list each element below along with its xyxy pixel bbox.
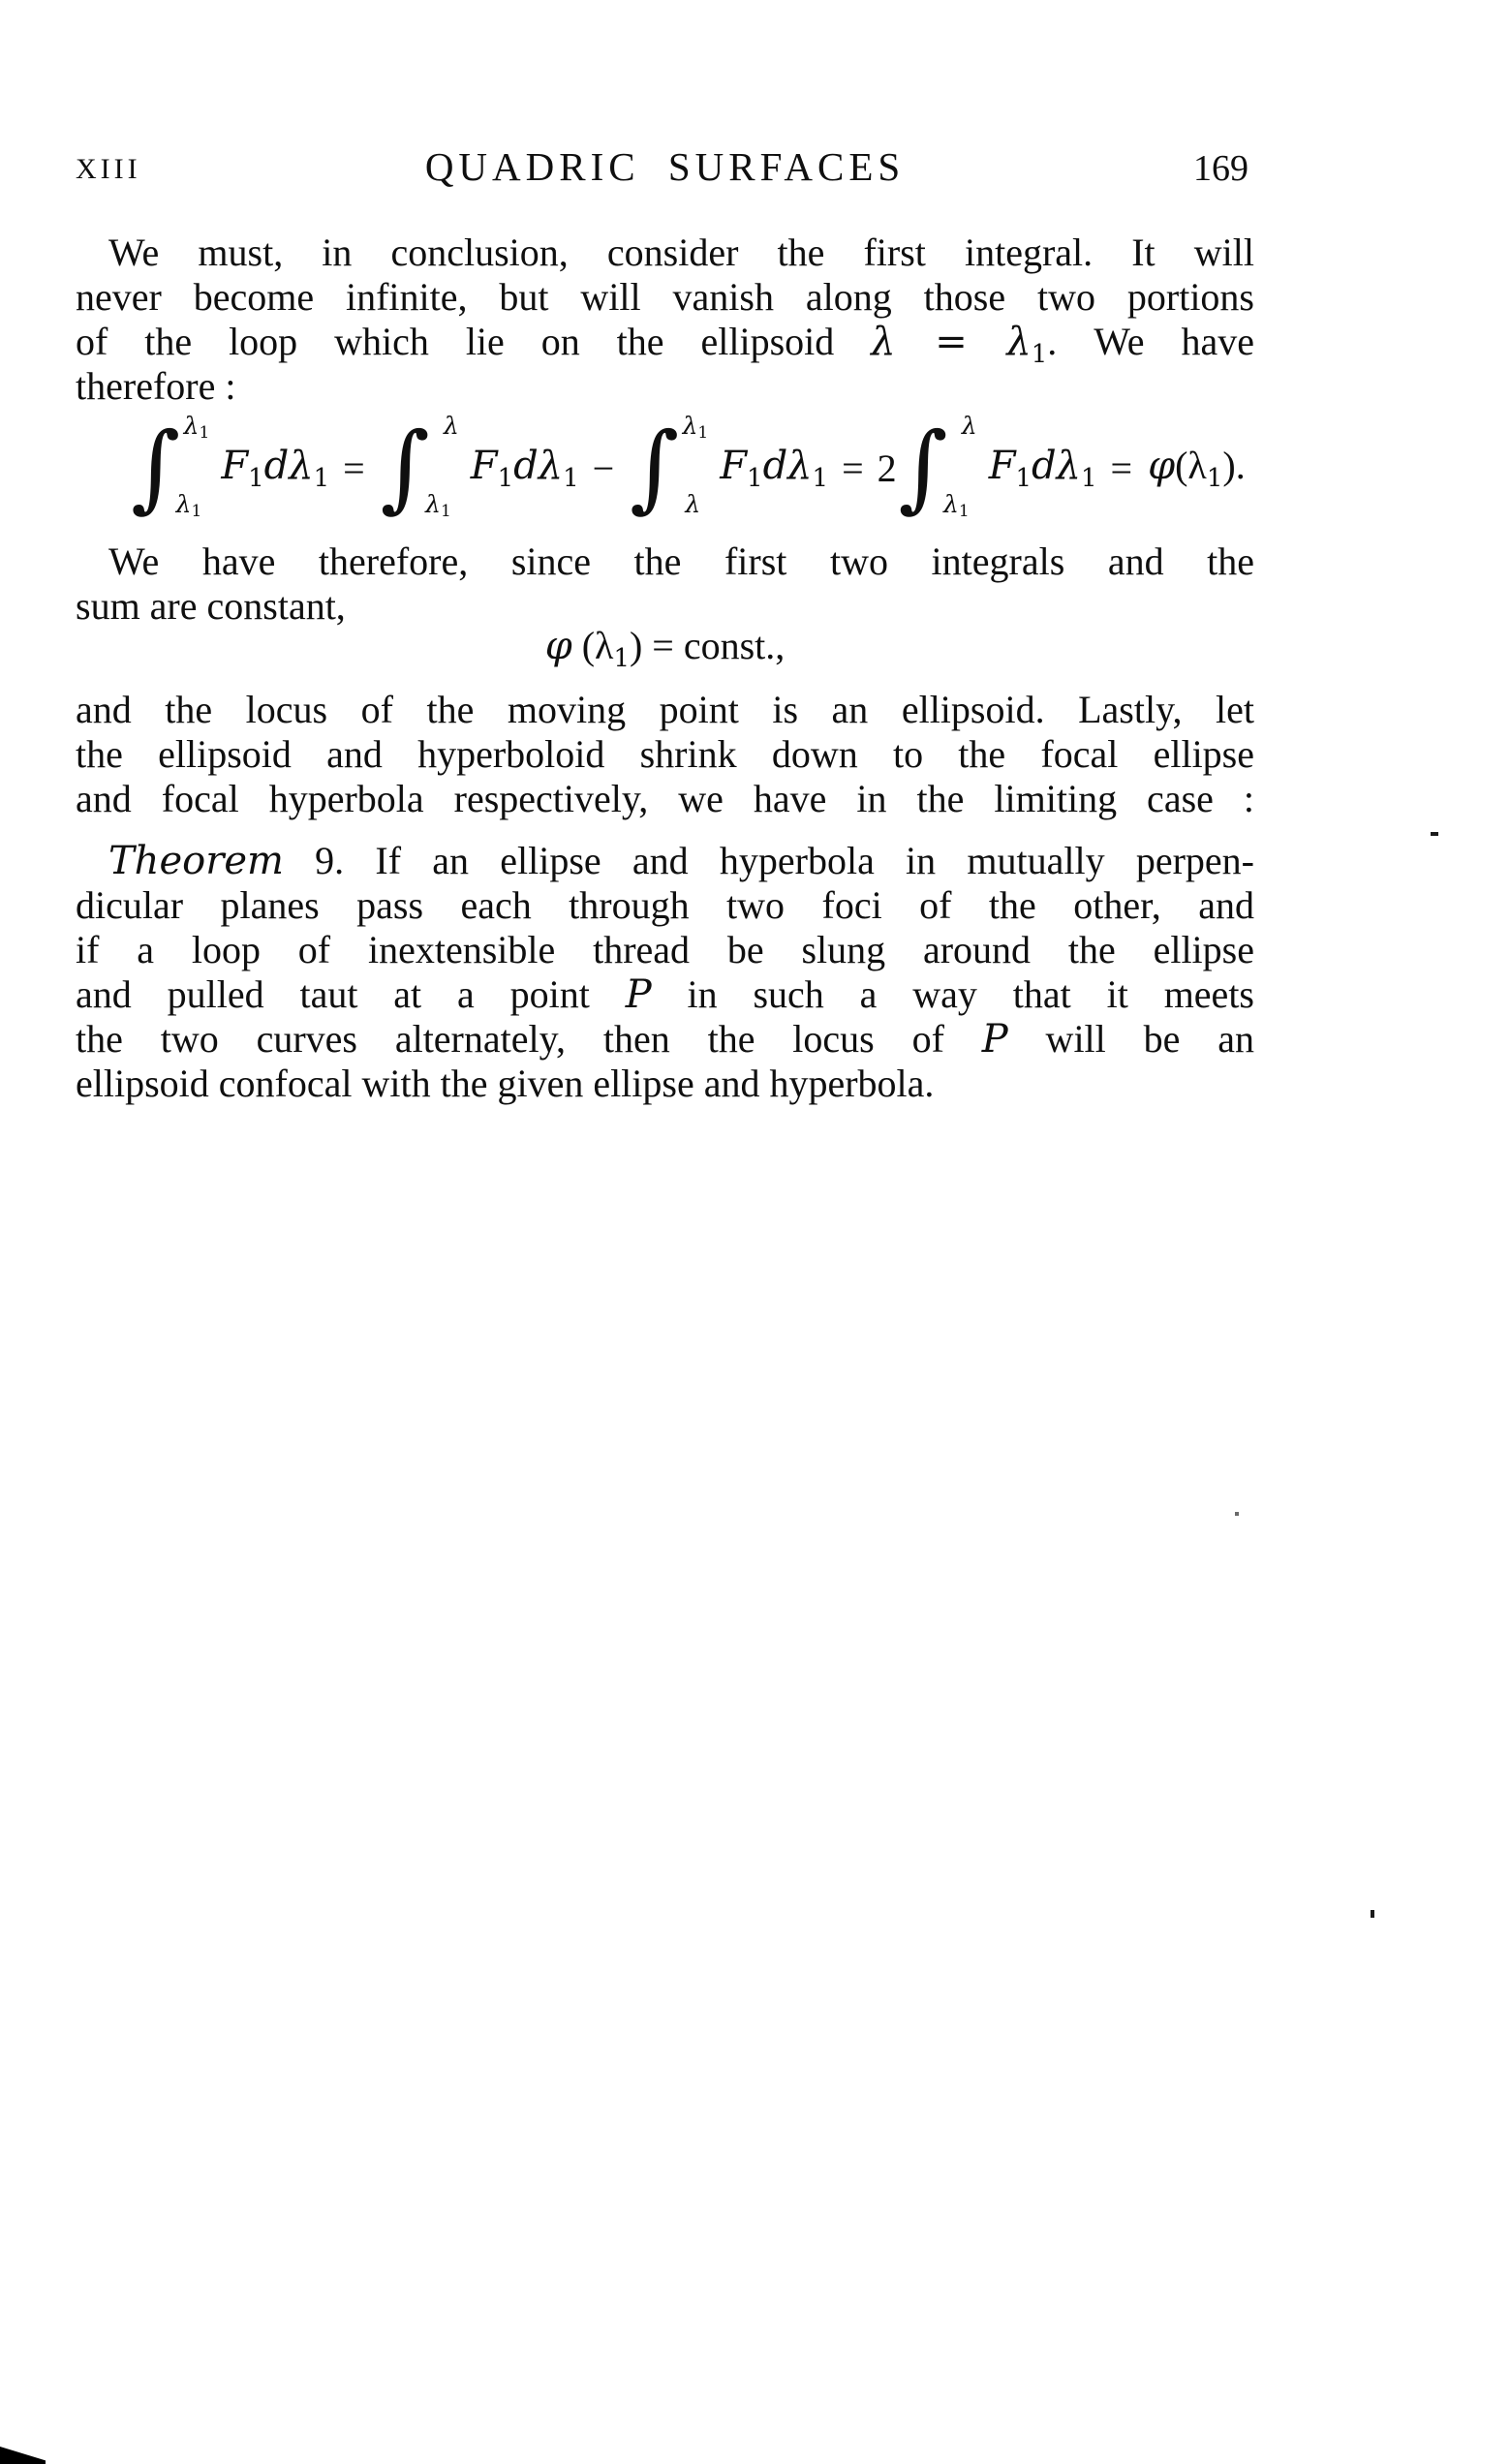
integrand: F1dλ1 <box>989 443 1097 493</box>
integral-term-2: ∫ λ λ1 F1dλ1 <box>379 417 579 518</box>
para1-line3-text: of the loop which lie on the ellipsoid <box>76 320 871 363</box>
theorem-line1-text: 9. If an ellipse and hyperbola in mutual… <box>284 839 1254 882</box>
para3-line2: the ellipsoid and hyperboloid shrink dow… <box>76 732 1254 777</box>
paragraph-1: We must, in conclusion, consider the fir… <box>76 231 1254 409</box>
integral-sign: ∫ <box>381 417 430 518</box>
result-close: ). <box>1222 444 1245 487</box>
para1-line1: We must, in conclusion, consider the fir… <box>76 231 1254 275</box>
lower-limit: λ <box>685 492 700 520</box>
integrand-dlambda: dλ <box>1032 444 1081 488</box>
const-subscript: 1 <box>613 644 630 673</box>
paragraph-2: We have therefore, since the first two i… <box>76 539 1254 629</box>
para1-line3: of the loop which lie on the ellipsoid λ… <box>76 320 1254 364</box>
displayed-integral-equation: ∫ λ1 λ1 F1dλ1 = ∫ λ λ1 F1dλ1 − ∫ λ1 λ <box>76 405 1254 531</box>
upper-limit: λ <box>444 414 459 442</box>
point-P-variable: P <box>626 972 652 1017</box>
integral-3: ∫ λ1 λ <box>630 417 679 518</box>
const-rest: ) = const., <box>630 624 785 667</box>
theorem-line3: if a loop of inextensible thread be slun… <box>76 928 1254 972</box>
limit-subscript: 1 <box>697 423 708 443</box>
book-page: XIII QUADRIC SURFACES 169 We must, in co… <box>0 0 1510 2464</box>
scan-speck <box>1371 1910 1374 1918</box>
inline-math-subscript: 1 <box>1032 340 1048 369</box>
result-subscript: 1 <box>1207 464 1223 493</box>
const-equation: φ (λ1) = const., <box>76 624 1254 681</box>
para1-line4: therefore : <box>76 364 1254 409</box>
integral-term-4: 2 ∫ λ λ1 F1dλ1 <box>878 417 1097 518</box>
para1-line2: never become infinite, but will vanish a… <box>76 275 1254 320</box>
theorem-line5: the two curves alternately, then the loc… <box>76 1017 1254 1062</box>
limit-subscript: 1 <box>959 502 970 521</box>
equals-sign: = <box>842 446 864 491</box>
integrand-F-sub: 1 <box>747 464 763 493</box>
integrand-dlambda-sub: 1 <box>1081 464 1097 493</box>
integral-4: ∫ λ λ1 <box>899 417 948 518</box>
theorem-line4-text: and pulled taut at a point <box>76 972 626 1016</box>
limit-lambda: λ <box>444 412 459 440</box>
integral-sign: ∫ <box>630 417 679 518</box>
paragraph-3: and the locus of the moving point is an … <box>76 688 1254 821</box>
point-P-variable: P <box>982 1017 1008 1062</box>
limit-lambda: λ <box>176 490 192 518</box>
integral-term-1: ∫ λ1 λ1 F1dλ1 <box>129 417 329 518</box>
upper-limit: λ1 <box>184 414 210 442</box>
theorem-paragraph: Theorem 9. If an ellipse and hyperbola i… <box>76 839 1254 1106</box>
limit-lambda: λ <box>685 490 700 518</box>
phi-symbol: φ <box>1148 444 1175 488</box>
integral-term-3: ∫ λ1 λ F1dλ1 <box>628 417 828 518</box>
result-open: (λ <box>1175 444 1207 487</box>
theorem-line5-text: the two curves alternately, then the loc… <box>76 1017 982 1061</box>
lower-limit: λ1 <box>425 492 451 520</box>
limit-lambda: λ <box>184 412 200 440</box>
lower-limit: λ1 <box>943 492 970 520</box>
scan-speck <box>1235 1512 1239 1516</box>
equation-result: φ(λ1). <box>1148 443 1246 493</box>
integrand-dlambda: dλ <box>513 444 563 488</box>
para2-line2: sum are constant, <box>76 584 1254 629</box>
integrand: F1dλ1 <box>221 443 329 493</box>
integrand-dlambda-sub: 1 <box>813 464 829 493</box>
page-number: 169 <box>1193 147 1248 190</box>
integrand: F1dλ1 <box>720 443 828 493</box>
page-header: XIII QUADRIC SURFACES 169 <box>76 143 1254 192</box>
integral-sign: ∫ <box>899 417 948 518</box>
integral-1: ∫ λ1 λ1 <box>131 417 180 518</box>
integral-2: ∫ λ λ1 <box>381 417 430 518</box>
theorem-line5-text-end: will be an <box>1008 1017 1254 1061</box>
scan-speck <box>1431 832 1438 836</box>
theorem-line6: ellipsoid confocal with the given ellips… <box>76 1062 1254 1106</box>
upper-limit: λ <box>962 414 977 442</box>
const-open: (λ <box>572 624 614 667</box>
minus-sign: − <box>593 446 615 491</box>
theorem-line4: and pulled taut at a point P in such a w… <box>76 972 1254 1017</box>
upper-limit: λ1 <box>683 414 709 442</box>
limit-lambda: λ <box>943 490 959 518</box>
integrand-F: F <box>471 444 498 488</box>
integral-sign: ∫ <box>131 417 180 518</box>
equals-sign: = <box>1111 446 1133 491</box>
equals-sign: = <box>343 446 365 491</box>
integrand-F: F <box>989 444 1016 488</box>
running-title: QUADRIC SURFACES <box>76 143 1254 190</box>
limit-subscript: 1 <box>441 502 451 521</box>
integrand-dlambda-sub: 1 <box>563 464 579 493</box>
limit-subscript: 1 <box>192 502 202 521</box>
limit-lambda: λ <box>962 412 977 440</box>
limit-subscript: 1 <box>200 423 210 443</box>
integrand-F-sub: 1 <box>498 464 514 493</box>
para3-line3: and focal hyperbola respectively, we hav… <box>76 777 1254 821</box>
lower-limit: λ1 <box>176 492 202 520</box>
integrand: F1dλ1 <box>471 443 579 493</box>
integrand-F: F <box>720 444 747 488</box>
limit-lambda: λ <box>683 412 698 440</box>
theorem-line1: Theorem 9. If an ellipse and hyperbola i… <box>76 839 1254 883</box>
integrand-dlambda: dλ <box>763 444 813 488</box>
integrand-dlambda: dλ <box>264 444 314 488</box>
theorem-line4-text-end: in such a way that it meets <box>652 972 1254 1016</box>
theorem-line2: dicular planes pass each through two foc… <box>76 883 1254 928</box>
integrand-F-sub: 1 <box>248 464 264 493</box>
integrand-F: F <box>221 444 248 488</box>
integrand-dlambda-sub: 1 <box>314 464 330 493</box>
integrand-F-sub: 1 <box>1015 464 1032 493</box>
para1-line3-text-end: . We have <box>1047 320 1254 363</box>
para3-line1: and the locus of the moving point is an … <box>76 688 1254 732</box>
theorem-label: Theorem <box>108 839 284 883</box>
coefficient-2: 2 <box>878 446 897 491</box>
limit-lambda: λ <box>425 490 441 518</box>
para2-line1: We have therefore, since the first two i… <box>76 539 1254 584</box>
phi-symbol: φ <box>545 624 572 668</box>
scan-binding-shadow <box>0 2447 46 2464</box>
inline-math-lambda: λ = λ <box>871 320 1032 364</box>
